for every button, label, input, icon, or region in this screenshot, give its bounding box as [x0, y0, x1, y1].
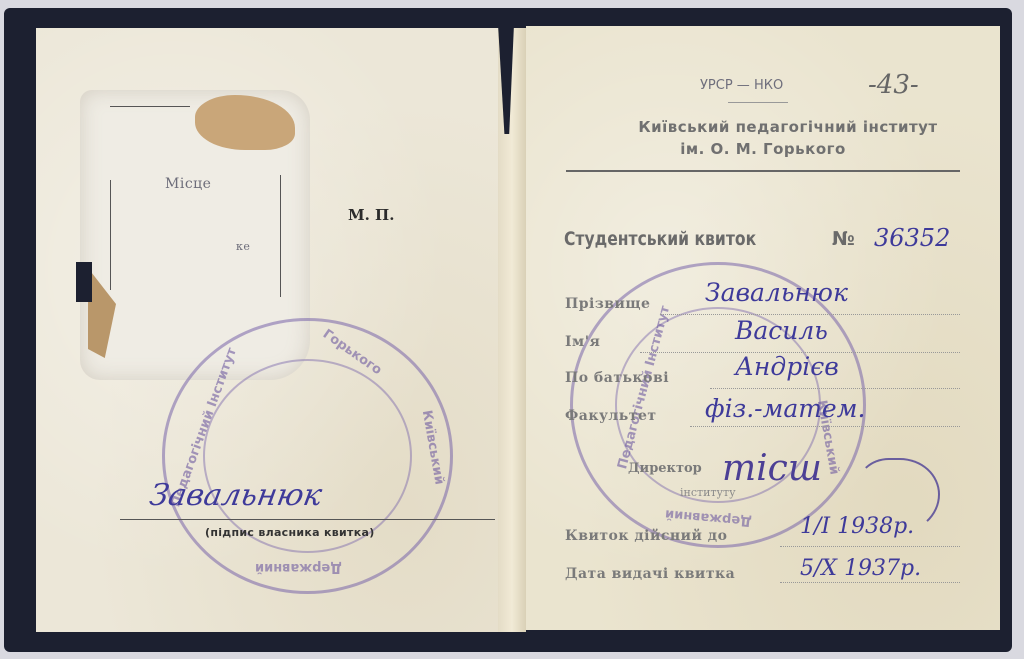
photo-frame-line — [110, 180, 111, 290]
director-signature: тісш — [722, 448, 822, 489]
photo-frame-line — [280, 175, 281, 297]
photo-frame-line — [110, 106, 190, 107]
institute-stamp-left — [162, 318, 453, 594]
issue-date-value: 5/X 1937р. — [800, 556, 921, 581]
field-label-name: Ім'я — [565, 334, 600, 350]
number-sign: № — [832, 228, 855, 250]
booklet-spine — [498, 28, 526, 632]
valid-until-value: 1/I 1938р. — [800, 514, 914, 539]
institute-name: Київський педагогічний інститут — [526, 118, 1000, 136]
field-line — [690, 426, 960, 427]
issue-date-label: Дата видачі квитка — [565, 566, 735, 582]
signature-line — [120, 519, 495, 520]
seal-place-label: М. П. — [348, 206, 394, 224]
field-line — [780, 582, 960, 583]
ministry-header: УРСР — НКО — [700, 78, 783, 93]
field-line — [660, 314, 960, 315]
field-label-surname: Прізвище — [565, 296, 650, 312]
signature-caption: (підпис власника квитка) — [205, 526, 375, 539]
field-value-faculty: фіз.-матем. — [705, 394, 865, 423]
institute-dedication: ім. О. М. Горького — [526, 140, 1000, 158]
field-value-name: Василь — [735, 316, 828, 345]
handwritten-number: -43- — [868, 70, 919, 100]
field-value-surname: Завальнюк — [705, 278, 848, 307]
divider — [728, 102, 788, 103]
ticket-title: Студентський квиток — [564, 228, 756, 250]
field-line — [780, 546, 960, 547]
field-line — [710, 388, 960, 389]
field-label-faculty: Факультет — [565, 408, 657, 424]
divider — [566, 170, 960, 172]
director-label: Директор — [628, 461, 702, 476]
valid-until-label: Квиток дійсний до — [565, 528, 727, 544]
stamp-text: Державний — [255, 560, 342, 575]
owner-signature: Завальнюк — [147, 478, 325, 513]
ticket-number: 36352 — [874, 224, 950, 252]
paper-hole — [76, 262, 92, 302]
field-value-patronymic: Андрієв — [735, 352, 839, 381]
photo-place-label: Місце — [165, 176, 211, 192]
photo-place-label-fragment: ке — [236, 240, 250, 253]
field-label-patronymic: По батькові — [565, 370, 669, 386]
